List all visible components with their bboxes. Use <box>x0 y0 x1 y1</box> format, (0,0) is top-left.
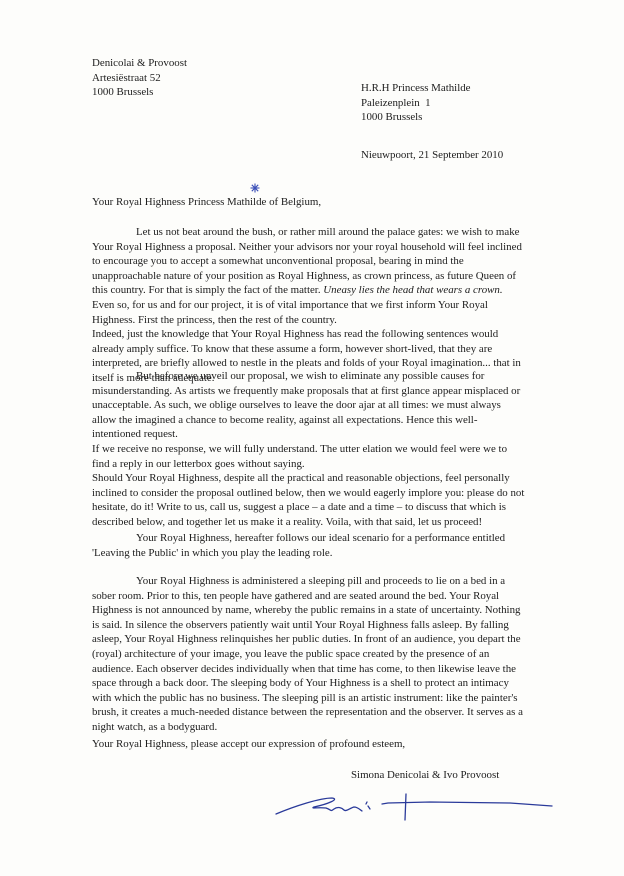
italic-quote: Uneasy lies the head that wears a crown. <box>323 284 502 296</box>
royal-crest-icon <box>250 183 260 193</box>
handwritten-signature-icon <box>270 790 600 840</box>
recipient-name: H.R.H Princess Mathilde <box>361 81 471 96</box>
closing-line: Your Royal Highness, please accept our e… <box>92 737 405 752</box>
paragraph-group-2: But before we unveil our proposal, we wi… <box>92 369 526 530</box>
recipient-city: 1000 Brussels <box>361 110 471 125</box>
signers-names: Simona Denicolai & Ivo Provoost <box>351 768 499 783</box>
salutation: Your Royal Highness Princess Mathilde of… <box>92 195 321 210</box>
recipient-street: Paleizenplein 1 <box>361 96 471 111</box>
paragraph-5: Should Your Royal Highness, despite all … <box>92 471 526 529</box>
paragraph-3: But before we unveil our proposal, we wi… <box>92 369 526 442</box>
paragraph-6: Your Royal Highness, hereafter follows o… <box>92 531 526 560</box>
sender-street: Artesiëstraat 52 <box>92 71 187 86</box>
paragraph-group-3: Your Royal Highness is administered a sl… <box>92 574 526 735</box>
paragraph-7: Your Royal Highness is administered a sl… <box>92 574 526 735</box>
paragraph-4: If we receive no response, we will fully… <box>92 442 526 471</box>
paragraph-1: Let us not beat around the bush, or rath… <box>92 225 526 327</box>
paragraph-group-1: Let us not beat around the bush, or rath… <box>92 225 526 386</box>
date-line: Nieuwpoort, 21 September 2010 <box>361 148 503 163</box>
sender-name: Denicolai & Provoost <box>92 56 187 71</box>
sender-city: 1000 Brussels <box>92 85 187 100</box>
letter-page: Denicolai & Provoost Artesiëstraat 52 10… <box>0 0 624 876</box>
sender-address: Denicolai & Provoost Artesiëstraat 52 10… <box>92 56 187 100</box>
recipient-address: H.R.H Princess Mathilde Paleizenplein 1 … <box>361 81 471 125</box>
